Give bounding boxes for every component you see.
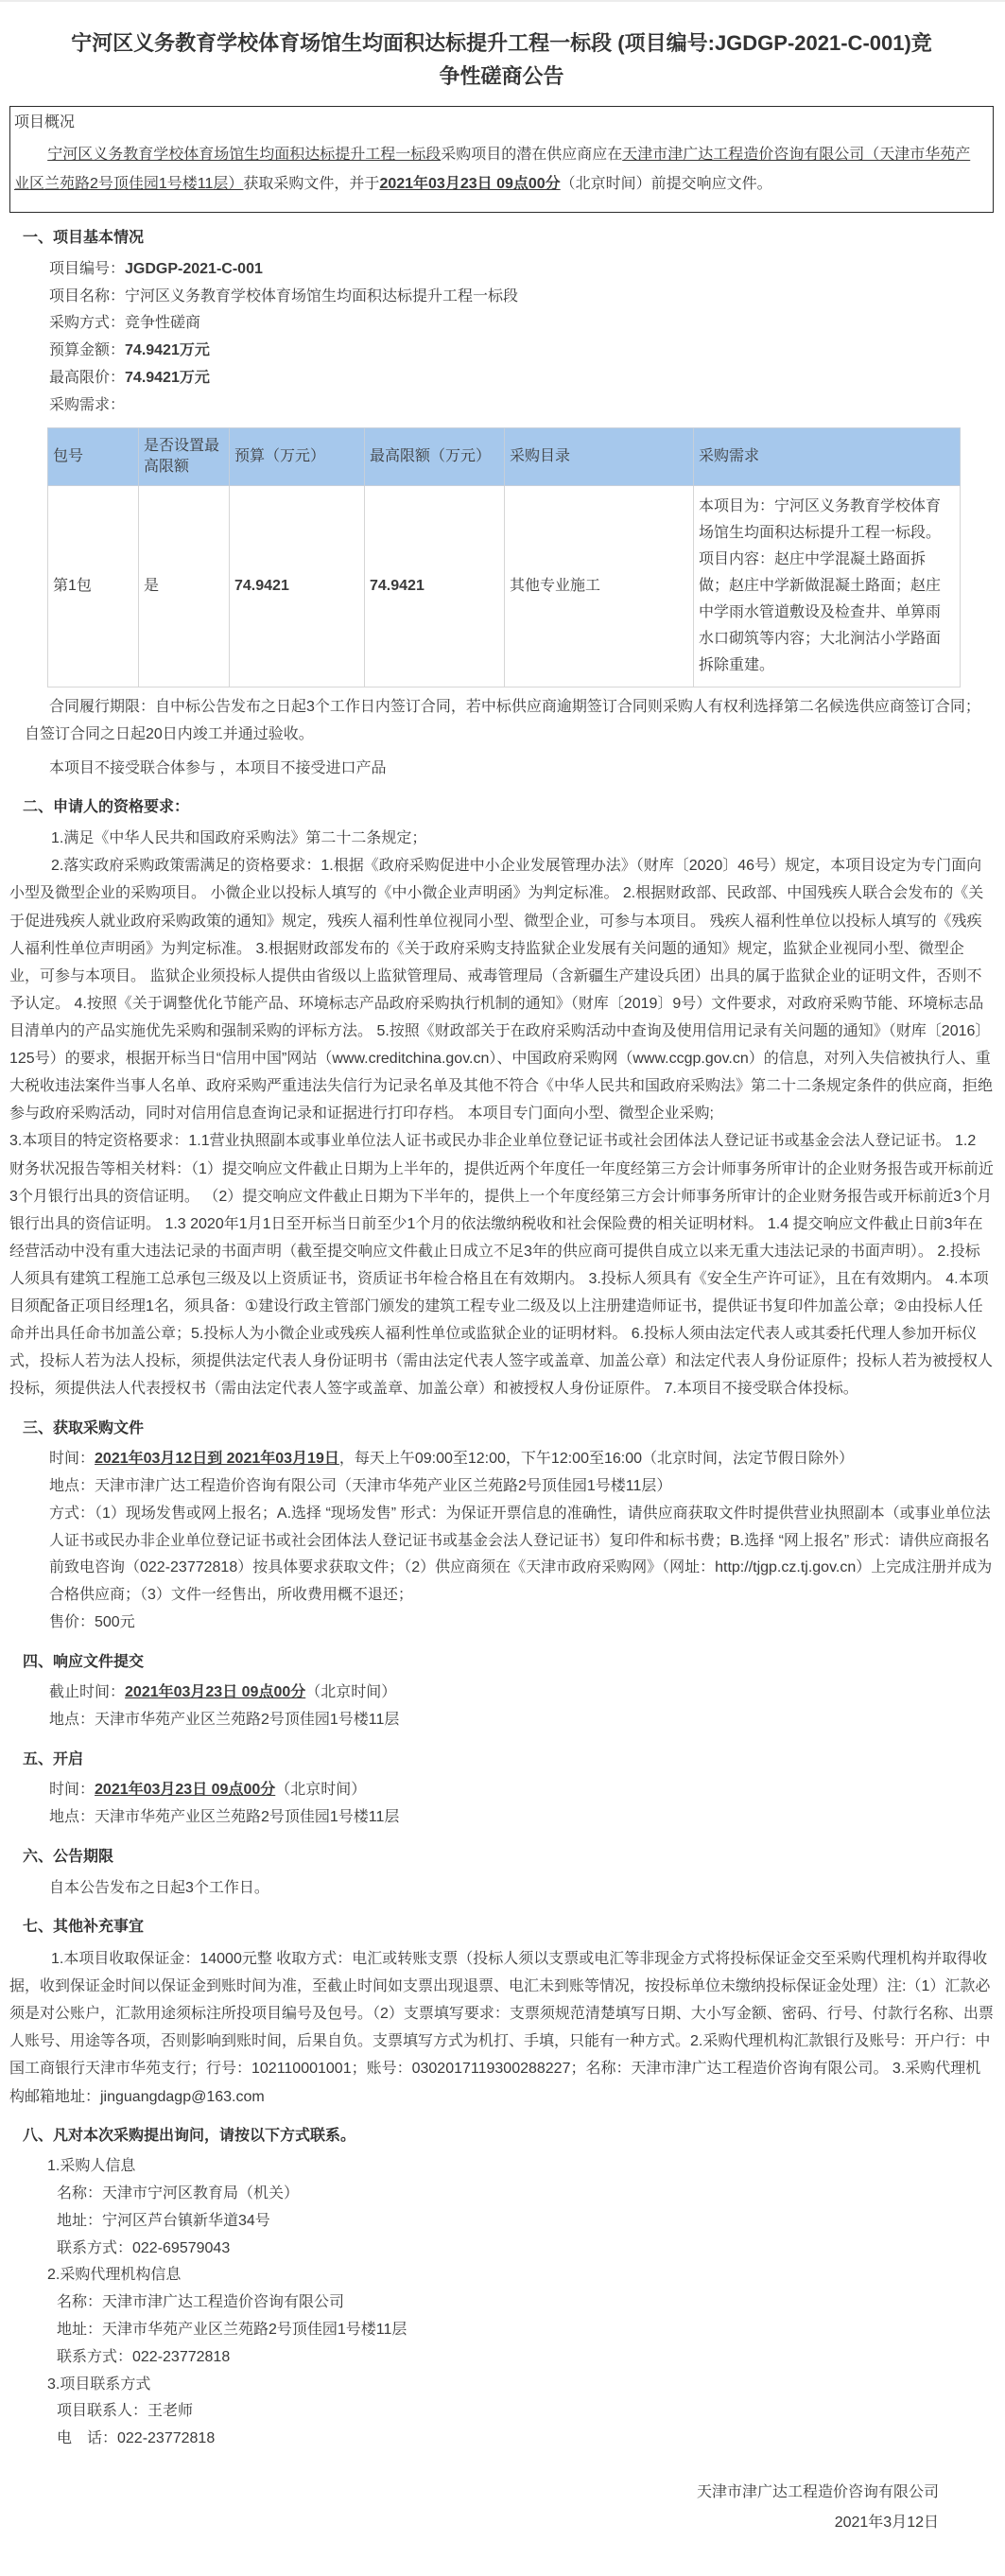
- submission-location-line: 地点：天津市华苑产业区兰苑路2号顶佳园1号楼11层: [49, 1707, 994, 1734]
- cell-max-limit-set: 是: [139, 486, 230, 688]
- header-requirement: 采购需求: [694, 427, 961, 486]
- procurement-method-value: 竞争性磋商: [125, 315, 200, 331]
- field-label: 采购方式：: [49, 315, 125, 331]
- agency-name: 名称：天津市津广达工程造价咨询有限公司: [57, 2289, 994, 2317]
- section-obtain-documents-heading: 三、获取采购文件: [23, 1417, 994, 1441]
- max-price-value: 74.9421万元: [125, 370, 210, 386]
- field-label: 项目名称：: [49, 288, 125, 305]
- section-announcement-period-heading: 六、公告期限: [23, 1845, 994, 1870]
- supplementary-p1: 1.本项目收取保证金：14000元整 收取方式：电汇或转账支票（投标人须以支票或…: [9, 1945, 994, 2111]
- qualification-p2: 2.落实政府采购政策需满足的资格要求：1.根据《政府采购促进中小企业发展管理办法…: [9, 852, 994, 1127]
- purchaser-contact: 联系方式：022-69579043: [57, 2236, 994, 2263]
- overview-text: 获取采购文件，并于: [243, 176, 379, 192]
- purchaser-address: 地址：宁河区芦台镇新华道34号: [57, 2208, 994, 2236]
- table-row: 第1包 是 74.9421 74.9421 其他专业施工 本项目为：宁河区义务教…: [48, 486, 961, 688]
- signature-block: 天津市津广达工程造价咨询有限公司 2021年3月12日: [9, 2478, 994, 2538]
- project-contact-person: 项目联系人：王老师: [57, 2398, 994, 2426]
- overview-text: （北京时间）前提交响应文件。: [561, 176, 772, 192]
- header-package: 包号: [48, 427, 139, 486]
- announcement-period-body: 自本公告发布之日起3个工作日。: [49, 1875, 994, 1903]
- purchaser-name: 名称：天津市宁河区教育局（机关）: [57, 2181, 994, 2208]
- section-contact-heading: 八、凡对本次采购提出询问，请按以下方式联系。: [23, 2124, 994, 2149]
- overview-project-name: 宁河区义务教育学校体育场馆生均面积达标提升工程一标段: [47, 147, 441, 163]
- obtain-time-line: 时间：2021年03月12日到 2021年03月19日，每天上午09:00至12…: [49, 1446, 994, 1473]
- cell-requirement: 本项目为：宁河区义务教育学校体育场馆生均面积达标提升工程一标段。项目内容：赵庄中…: [694, 486, 961, 688]
- opening-location-line: 地点：天津市华苑产业区兰苑路2号顶佳园1号楼11层: [49, 1804, 994, 1832]
- submission-deadline-tz: （北京时间）: [305, 1684, 396, 1700]
- overview-text: 采购项目的潜在供应商应在: [441, 147, 622, 163]
- project-overview-box: 项目概况 宁河区义务教育学校体育场馆生均面积达标提升工程一标段采购项目的潜在供应…: [9, 106, 994, 213]
- submission-deadline-line: 截止时间：2021年03月23日 09点00分（北京时间）: [49, 1680, 994, 1707]
- field-label: 截止时间：: [49, 1684, 125, 1700]
- contract-period-note: 合同履行期限：自中标公告发布之日起3个工作日内签订合同，若中标供应商逾期签订合同…: [25, 693, 994, 748]
- budget-line: 预算金额：74.9421万元: [49, 338, 994, 365]
- obtain-time-range: 2021年03月12日到 2021年03月19日: [95, 1451, 339, 1467]
- field-label: 预算金额：: [49, 342, 125, 358]
- overview-deadline: 2021年03月23日 09点00分: [379, 176, 560, 192]
- no-consortium-note: 本项目不接受联合体参与 ，本项目不接受进口产品: [25, 755, 994, 782]
- section-submission-heading: 四、响应文件提交: [23, 1650, 994, 1675]
- budget-value: 74.9421万元: [125, 342, 210, 358]
- section-supplementary-heading: 七、其他补充事宜: [23, 1915, 994, 1940]
- qualification-p1: 1.满足《中华人民共和国政府采购法》第二十二条规定；: [9, 825, 994, 852]
- purchaser-info-title: 1.采购人信息: [47, 2153, 994, 2181]
- agency-contact: 联系方式：022-23772818: [57, 2344, 994, 2372]
- agency-address: 地址：天津市华苑产业区兰苑路2号顶佳园1号楼11层: [57, 2317, 994, 2344]
- cell-max-limit: 74.9421: [365, 486, 505, 688]
- opening-time-value: 2021年03月23日 09点00分: [95, 1782, 275, 1798]
- field-label: 最高限价：: [49, 370, 125, 386]
- signature-company: 天津市津广达工程造价咨询有限公司: [9, 2478, 939, 2508]
- table-header-row: 包号 是否设置最高限额 预算（万元） 最高限额（万元） 采购目录 采购需求: [48, 427, 961, 486]
- field-label: 时间：: [49, 1451, 95, 1467]
- cell-package: 第1包: [48, 486, 139, 688]
- announcement-title: 宁河区义务教育学校体育场馆生均面积达标提升工程一标段 (项目编号:JGDGP-2…: [61, 26, 942, 93]
- requirements-table: 包号 是否设置最高限额 预算（万元） 最高限额（万元） 采购目录 采购需求 第1…: [47, 427, 961, 688]
- overview-paragraph: 宁河区义务教育学校体育场馆生均面积达标提升工程一标段采购项目的潜在供应商应在天津…: [14, 140, 983, 199]
- cell-budget: 74.9421: [230, 486, 365, 688]
- qualification-p3: 3.本项目的特定资格要求：1.1营业执照副本或事业单位法人证书或民办非企业单位登…: [9, 1127, 994, 1402]
- project-number-value: JGDGP-2021-C-001: [125, 261, 263, 277]
- obtain-location-line: 地点：天津市津广达工程造价咨询有限公司（天津市华苑产业区兰苑路2号顶佳园1号楼1…: [49, 1473, 994, 1501]
- opening-time-tz: （北京时间）: [275, 1782, 366, 1798]
- header-catalog: 采购目录: [505, 427, 694, 486]
- project-name-value: 宁河区义务教育学校体育场馆生均面积达标提升工程一标段: [125, 288, 518, 305]
- obtain-method-line: 方式：（1）现场发售或网上报名；A.选择 “现场发售” 形式：为保证开票信息的准…: [49, 1501, 994, 1610]
- obtain-time-detail: ，每天上午09:00至12:00，下午12:00至16:00（北京时间，法定节假…: [339, 1451, 854, 1467]
- opening-time-line: 时间：2021年03月23日 09点00分（北京时间）: [49, 1777, 994, 1804]
- project-name-line: 项目名称：宁河区义务教育学校体育场馆生均面积达标提升工程一标段: [49, 284, 994, 311]
- field-label: 时间：: [49, 1782, 95, 1798]
- section-basic-info-heading: 一、项目基本情况: [23, 226, 994, 251]
- header-max-limit-set: 是否设置最高限额: [139, 427, 230, 486]
- procurement-method-line: 采购方式：竞争性磋商: [49, 310, 994, 338]
- max-price-line: 最高限价：74.9421万元: [49, 365, 994, 392]
- submission-deadline-value: 2021年03月23日 09点00分: [125, 1684, 305, 1700]
- field-label: 项目编号：: [49, 261, 125, 277]
- project-contact-phone: 电 话：022-23772818: [57, 2426, 994, 2453]
- header-max-limit: 最高限额（万元）: [365, 427, 505, 486]
- requirement-label-line: 采购需求：: [49, 392, 994, 420]
- section-opening-heading: 五、开启: [23, 1748, 994, 1772]
- project-contact-title: 3.项目联系方式: [47, 2372, 994, 2399]
- agency-info-title: 2.采购代理机构信息: [47, 2262, 994, 2289]
- header-budget: 预算（万元）: [230, 427, 365, 486]
- section-qualification-heading: 二、申请人的资格要求：: [23, 795, 994, 820]
- overview-label: 项目概况: [14, 109, 983, 137]
- document-price-line: 售价：500元: [49, 1610, 994, 1637]
- announcement-document: 宁河区义务教育学校体育场馆生均面积达标提升工程一标段 (项目编号:JGDGP-2…: [0, 2, 1005, 2576]
- project-number-line: 项目编号：JGDGP-2021-C-001: [49, 256, 994, 284]
- signature-date: 2021年3月12日: [9, 2508, 939, 2538]
- field-label: 采购需求：: [49, 397, 125, 413]
- cell-catalog: 其他专业施工: [505, 486, 694, 688]
